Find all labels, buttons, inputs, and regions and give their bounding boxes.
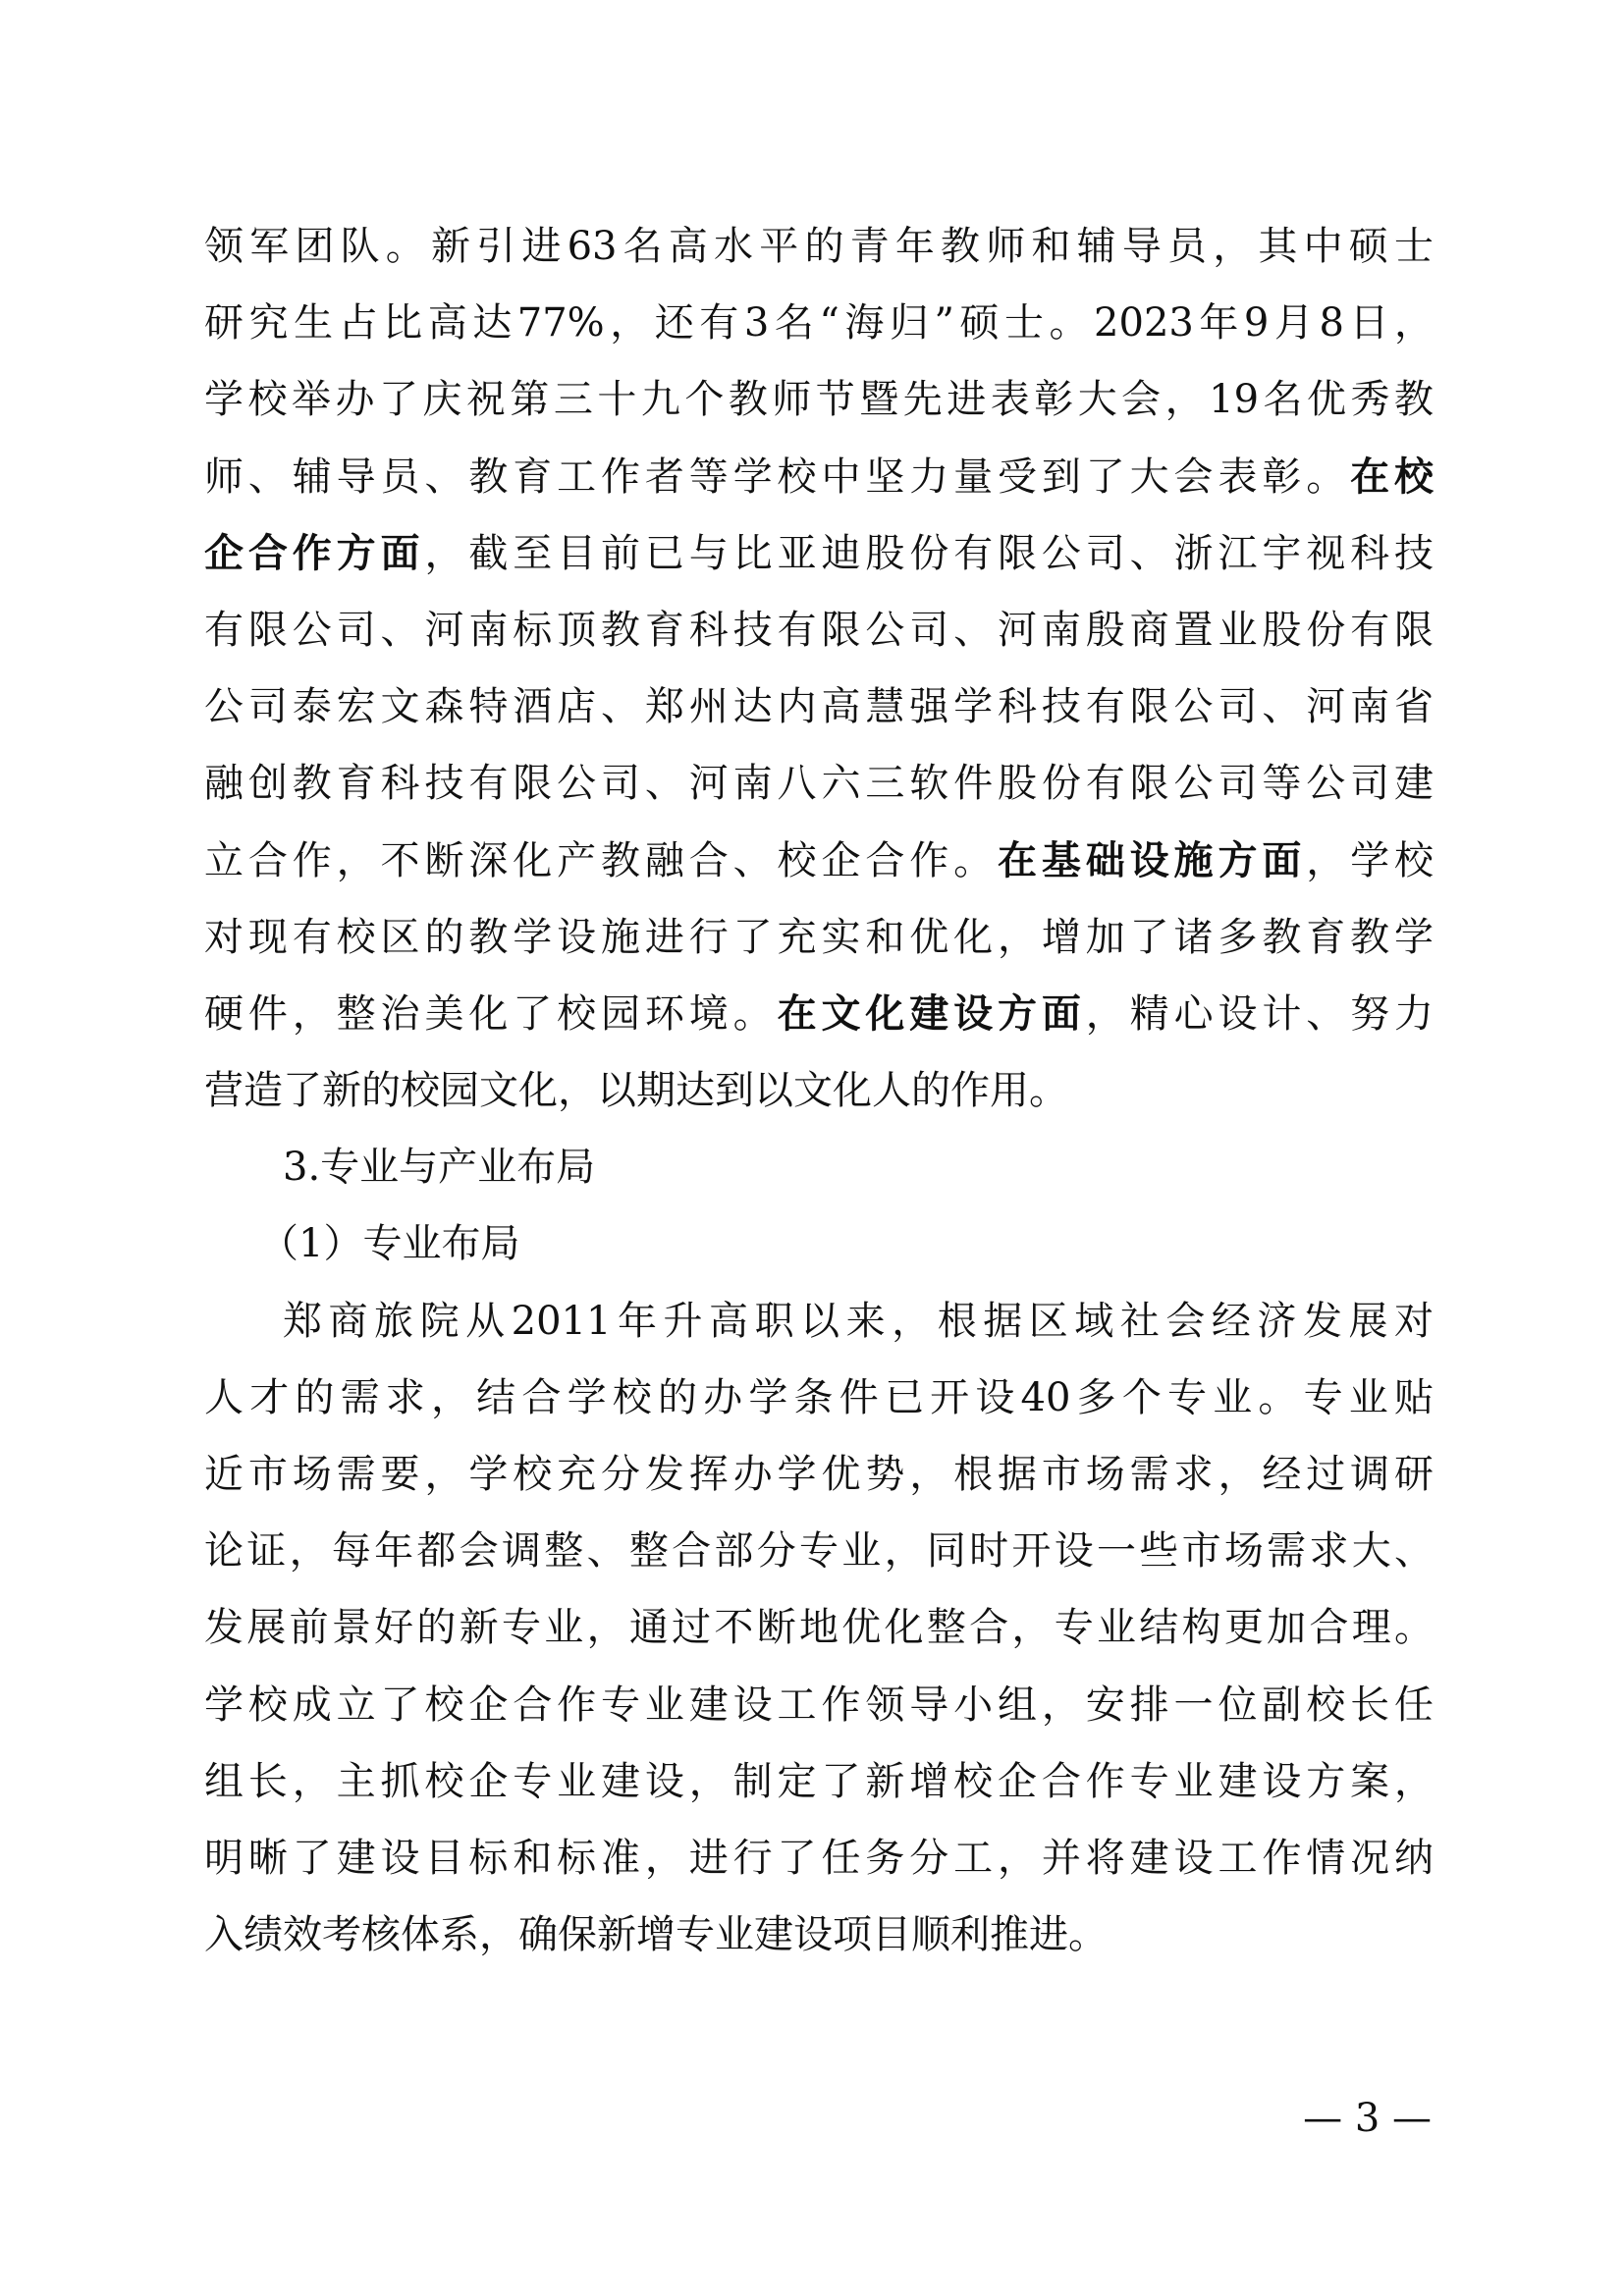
text-line: 发展前景好的新专业，通过不断地优化整合，专业结构更加合理。 bbox=[204, 1589, 1434, 1666]
text-line: 融创教育科技有限公司、河南八六三软件股份有限公司等公司建 bbox=[204, 745, 1434, 822]
text-line: 营造了新的校园文化，以期达到以文化人的作用。 bbox=[204, 1052, 1434, 1129]
bold-emphasis: 在基础设施方面 bbox=[998, 837, 1306, 883]
text-line: 研究生占比高达77%，还有3名“海归”硕士。2023年9月8日， bbox=[204, 285, 1434, 361]
text-run: 公司泰宏文森特酒店、郑州达内高慧强学科技有限公司、河南省 bbox=[204, 684, 1434, 729]
text-run: 师、辅导员、教育工作者等学校中坚力量受到了大会表彰。 bbox=[204, 454, 1350, 500]
text-line: 组长，主抓校企专业建设，制定了新增校企合作专业建设方案， bbox=[204, 1743, 1434, 1820]
text-run: 学校举办了庆祝第三十九个教师节暨先进表彰大会，19名优秀教 bbox=[204, 377, 1434, 422]
paragraph-major-layout: 郑商旅院从2011年升高职以来，根据区域社会经济发展对人才的需求，结合学校的办学… bbox=[204, 1283, 1434, 1974]
text-run: 有限公司、河南标顶教育科技有限公司、河南殷商置业股份有限 bbox=[204, 608, 1434, 653]
text-run: 融创教育科技有限公司、河南八六三软件股份有限公司等公司建 bbox=[204, 761, 1434, 806]
text-run: ，截至目前已与比亚迪股份有限公司、浙江宇视科技 bbox=[424, 531, 1434, 576]
text-run: 硬件，整治美化了校园环境。 bbox=[204, 991, 778, 1037]
text-line: 明晰了建设目标和标准，进行了任务分工，并将建设工作情况纳 bbox=[204, 1820, 1434, 1896]
section-heading: 3.专业与产业布局 bbox=[204, 1129, 1434, 1205]
text-run: 研究生占比高达77%，还有3名“海归”硕士。2023年9月8日， bbox=[204, 300, 1434, 346]
text-run: ，精心设计、努力 bbox=[1086, 991, 1434, 1037]
text-line: 立合作，不断深化产教融合、校企合作。在基础设施方面，学校 bbox=[204, 823, 1434, 899]
text-run: 领军团队。新引进63名高水平的青年教师和辅导员，其中硕士 bbox=[204, 224, 1434, 269]
text-line: 郑商旅院从2011年升高职以来，根据区域社会经济发展对 bbox=[204, 1283, 1434, 1360]
text-line: 人才的需求，结合学校的办学条件已开设40多个专业。专业贴 bbox=[204, 1360, 1434, 1436]
paragraph-school-development: 领军团队。新引进63名高水平的青年教师和辅导员，其中硕士研究生占比高达77%，还… bbox=[204, 208, 1434, 1129]
text-line: 学校成立了校企合作专业建设工作领导小组，安排一位副校长任 bbox=[204, 1667, 1434, 1743]
bold-emphasis: 企合作方面 bbox=[204, 530, 424, 576]
text-line: 入绩效考核体系，确保新增专业建设项目顺利推进。 bbox=[204, 1896, 1434, 1973]
text-run: 营造了新的校园文化，以期达到以文化人的作用。 bbox=[204, 1068, 1068, 1113]
bold-emphasis: 在文化建设方面 bbox=[778, 990, 1086, 1037]
text-line: 论证，每年都会调整、整合部分专业，同时开设一些市场需求大、 bbox=[204, 1513, 1434, 1589]
page-number: — 3 — bbox=[1303, 2091, 1432, 2146]
bold-emphasis: 在校 bbox=[1350, 454, 1434, 500]
text-line: 师、辅导员、教育工作者等学校中坚力量受到了大会表彰。在校 bbox=[204, 439, 1434, 515]
text-line: 近市场需要，学校充分发挥办学优势，根据市场需求，经过调研 bbox=[204, 1436, 1434, 1513]
text-line: 对现有校区的教学设施进行了充实和优化，增加了诸多教育教学 bbox=[204, 899, 1434, 976]
text-run: ，学校 bbox=[1306, 838, 1434, 883]
text-line: 有限公司、河南标顶教育科技有限公司、河南殷商置业股份有限 bbox=[204, 592, 1434, 668]
text-run: 立合作，不断深化产教融合、校企合作。 bbox=[204, 838, 998, 883]
text-run: 对现有校区的教学设施进行了充实和优化，增加了诸多教育教学 bbox=[204, 915, 1434, 960]
text-line: 领军团队。新引进63名高水平的青年教师和辅导员，其中硕士 bbox=[204, 208, 1434, 285]
text-line: 硬件，整治美化了校园环境。在文化建设方面，精心设计、努力 bbox=[204, 976, 1434, 1052]
text-line: 企合作方面，截至目前已与比亚迪股份有限公司、浙江宇视科技 bbox=[204, 515, 1434, 592]
document-body: 领军团队。新引进63名高水平的青年教师和辅导员，其中硕士研究生占比高达77%，还… bbox=[204, 208, 1434, 1973]
text-line: 公司泰宏文森特酒店、郑州达内高慧强学科技有限公司、河南省 bbox=[204, 668, 1434, 745]
subsection-heading: （1）专业布局 bbox=[204, 1205, 1434, 1282]
text-line: 学校举办了庆祝第三十九个教师节暨先进表彰大会，19名优秀教 bbox=[204, 361, 1434, 438]
